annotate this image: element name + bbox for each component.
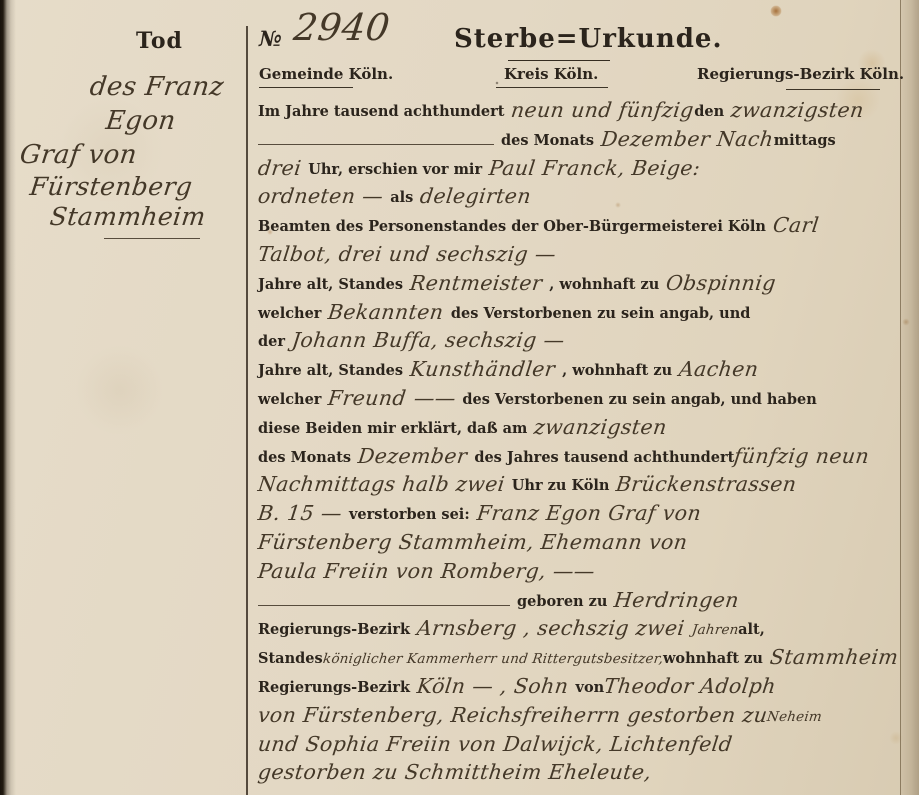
handwritten-entry-text: zwanzigsten <box>533 413 669 442</box>
printed-form-text: Standes <box>258 650 323 667</box>
certificate-body-line: Beamten des Personenstandes der Ober-Bür… <box>258 210 913 239</box>
death-certificate-page: Tod des Franz Egon Graf von Fürstenberg … <box>0 0 919 795</box>
printed-form-text: , wohnhaft zu <box>549 276 659 293</box>
blank-fill-rule <box>258 132 494 145</box>
margin-note-line: Graf von <box>18 140 139 170</box>
margin-note-line: Egon <box>104 106 177 136</box>
handwritten-entry-text: Arnsberg , sechszig zwei <box>415 614 686 643</box>
handwritten-entry-text: Freund <box>327 384 409 413</box>
handwritten-entry-text: zwanzigsten <box>729 96 865 125</box>
bezirk-underline <box>786 89 880 90</box>
handwritten-entry-text: Bekannten <box>327 298 446 327</box>
printed-form-text: Uhr, erschien vor mir <box>308 161 482 178</box>
handwritten-entry-text: ordneten — <box>256 182 385 211</box>
certificate-body: Im Jahre tausend achthundertneun und fün… <box>258 95 913 786</box>
printed-form-text: welcher <box>258 391 321 408</box>
record-number-value: 2940 <box>291 6 392 49</box>
certificate-body-line: des MonatsDezemberNachmittags <box>258 124 913 153</box>
handwritten-entry-text: Kunsthändler <box>408 355 557 384</box>
certificate-body-line: Im Jahre tausend achthundertneun und fün… <box>258 95 913 124</box>
printed-form-text: als <box>390 189 413 206</box>
printed-form-text: Regierungs-Bezirk <box>258 621 410 638</box>
certificate-body-line: Standesköniglicher Kammerherr und Ritter… <box>258 642 913 671</box>
handwritten-entry-text: Neheim <box>766 703 824 732</box>
handwritten-entry-text: Jahren <box>690 616 740 645</box>
certificate-body-line: Fürstenberg Stammheim, Ehemann von <box>258 527 913 556</box>
certificate-body-line: und Sophia Freiin von Dalwijck, Lichtenf… <box>258 729 913 758</box>
certificate-body-line: ordneten —alsdelegirten <box>258 181 913 210</box>
margin-note-line: des Franz <box>88 72 225 102</box>
handwritten-entry-text: Nach <box>716 125 776 154</box>
handwritten-entry-text: Carl <box>771 211 820 240</box>
margin-heading-tod: Tod <box>136 28 183 54</box>
record-number-label: № <box>259 26 282 51</box>
printed-form-text: verstorben sei: <box>349 506 470 523</box>
handwritten-entry-text: Rentmeister <box>408 269 544 298</box>
handwritten-entry-text: Theodor Adolph <box>602 672 777 701</box>
handwritten-entry-text: Dezember <box>599 125 712 154</box>
printed-form-text: des Jahres tausend achthundert <box>474 449 734 466</box>
handwritten-entry-text: Herdringen <box>613 586 741 615</box>
kreis-underline <box>496 87 608 88</box>
handwritten-entry-text: —— <box>412 384 457 413</box>
printed-form-text: welcher <box>258 305 321 322</box>
handwritten-entry-text: neun und fünfzig <box>510 96 696 125</box>
handwritten-entry-text: von Fürstenberg, Reichsfreiherrn gestorb… <box>256 701 769 730</box>
margin-note-underline <box>104 238 200 239</box>
handwritten-entry-text: gestorben zu Schmittheim Eheleute, <box>256 758 653 787</box>
handwritten-entry-text: B. 15 — <box>256 499 344 528</box>
handwritten-entry-text: Franz Egon Graf von <box>475 499 703 528</box>
certificate-body-line: dreiUhr, erschien vor mirPaul Franck, Be… <box>258 153 913 182</box>
handwritten-entry-text: Aachen <box>677 355 760 384</box>
certificate-body-line: des MonatsDezemberdes Jahres tausend ach… <box>258 441 913 470</box>
handwritten-entry-text: Dezember <box>356 442 469 471</box>
certificate-body-line: von Fürstenberg, Reichsfreiherrn gestorb… <box>258 700 913 729</box>
handwritten-entry-text: Obspinnig <box>665 269 778 298</box>
printed-form-text: diese Beiden mir erklärt, daß am <box>258 420 527 437</box>
margin-note-line: Stammheim <box>48 202 207 231</box>
handwritten-entry-text: Johann Buffa, sechszig — <box>290 326 566 355</box>
printed-form-text: den <box>694 103 724 120</box>
handwritten-entry-text: drei <box>256 154 303 183</box>
handwritten-entry-text: fünfzig neun <box>733 442 872 471</box>
printed-form-text: der <box>258 333 285 350</box>
printed-form-text: des Verstorbenen zu sein angab, und habe… <box>462 391 816 408</box>
certificate-body-line: diese Beiden mir erklärt, daß amzwanzigs… <box>258 412 913 441</box>
certificate-body-line: Talbot, drei und sechszig — <box>258 239 913 268</box>
title-underline <box>508 60 610 61</box>
printed-form-text: Jahre alt, Standes <box>258 276 403 293</box>
certificate-body-line: B. 15 —verstorben sei:Franz Egon Graf vo… <box>258 498 913 527</box>
handwritten-entry-text: und Sophia Freiin von Dalwijck, Lichtenf… <box>256 730 734 759</box>
book-gutter-edge <box>0 0 16 795</box>
printed-form-text: Im Jahre tausend achthundert <box>258 103 504 120</box>
printed-form-text: von <box>576 679 605 696</box>
kreis-label: Kreis Köln. <box>504 65 598 83</box>
printed-form-text: des Verstorbenen zu sein angab, und <box>451 305 751 322</box>
certificate-body-line: Regierungs-BezirkArnsberg , sechszig zwe… <box>258 613 913 642</box>
handwritten-entry-text: delegirten <box>419 182 534 211</box>
handwritten-entry-text: Talbot, drei und sechszig — <box>256 240 557 269</box>
handwritten-entry-text: Nachmittags halb zwei <box>256 470 506 499</box>
printed-form-text: alt, <box>738 621 765 638</box>
handwritten-entry-text: Fürstenberg Stammheim, Ehemann von <box>256 528 689 557</box>
margin-note-line: Fürstenberg <box>28 172 194 201</box>
handwritten-entry-text: Brückenstrassen <box>615 470 799 499</box>
handwritten-entry-text: Köln — , Sohn <box>415 672 570 701</box>
certificate-body-line: Regierungs-BezirkKöln — , SohnvonTheodor… <box>258 671 913 700</box>
certificate-body-line: welcherFreund——des Verstorbenen zu sein … <box>258 383 913 412</box>
gemeinde-underline <box>259 87 353 88</box>
certificate-title: Sterbe=Urkunde. <box>454 24 723 54</box>
handwritten-entry-text: Paul Franck, Beige: <box>487 154 702 183</box>
handwritten-entry-text: Paula Freiin von Romberg, —— <box>256 557 596 586</box>
certificate-body-line: welcherBekanntendes Verstorbenen zu sein… <box>258 297 913 326</box>
column-divider-rule <box>246 26 248 795</box>
blank-fill-rule <box>258 593 510 606</box>
printed-form-text: Beamten des Personenstandes der Ober-Bür… <box>258 218 766 235</box>
handwritten-entry-text: königlicher Kammerherr und Rittergutsbes… <box>321 645 665 674</box>
certificate-body-line: geboren zuHerdringen <box>258 585 913 614</box>
certificate-body-line: Paula Freiin von Romberg, —— <box>258 556 913 585</box>
certificate-body-line: Jahre alt, StandesKunsthändler, wohnhaft… <box>258 354 913 383</box>
printed-form-text: des Monats <box>501 132 594 149</box>
printed-form-text: geboren zu <box>517 593 607 610</box>
printed-form-text: des Monats <box>258 449 351 466</box>
certificate-body-line: gestorben zu Schmittheim Eheleute, <box>258 757 913 786</box>
certificate-body-line: Jahre alt, StandesRentmeister, wohnhaft … <box>258 268 913 297</box>
printed-form-text: Uhr zu Köln <box>512 477 610 494</box>
printed-form-text: wohnhaft zu <box>663 650 763 667</box>
gemeinde-label: Gemeinde Köln. <box>259 65 393 83</box>
printed-form-text: Jahre alt, Standes <box>258 362 403 379</box>
certificate-body-line: derJohann Buffa, sechszig — <box>258 325 913 354</box>
printed-form-text: Regierungs-Bezirk <box>258 679 410 696</box>
bezirk-label: Regierungs-Bezirk Köln. <box>697 65 904 83</box>
certificate-body-line: Nachmittags halb zweiUhr zu KölnBrückens… <box>258 469 913 498</box>
printed-form-text: , wohnhaft zu <box>562 362 672 379</box>
handwritten-entry-text: Stammheim <box>768 643 900 672</box>
printed-form-text: mittags <box>774 132 836 149</box>
